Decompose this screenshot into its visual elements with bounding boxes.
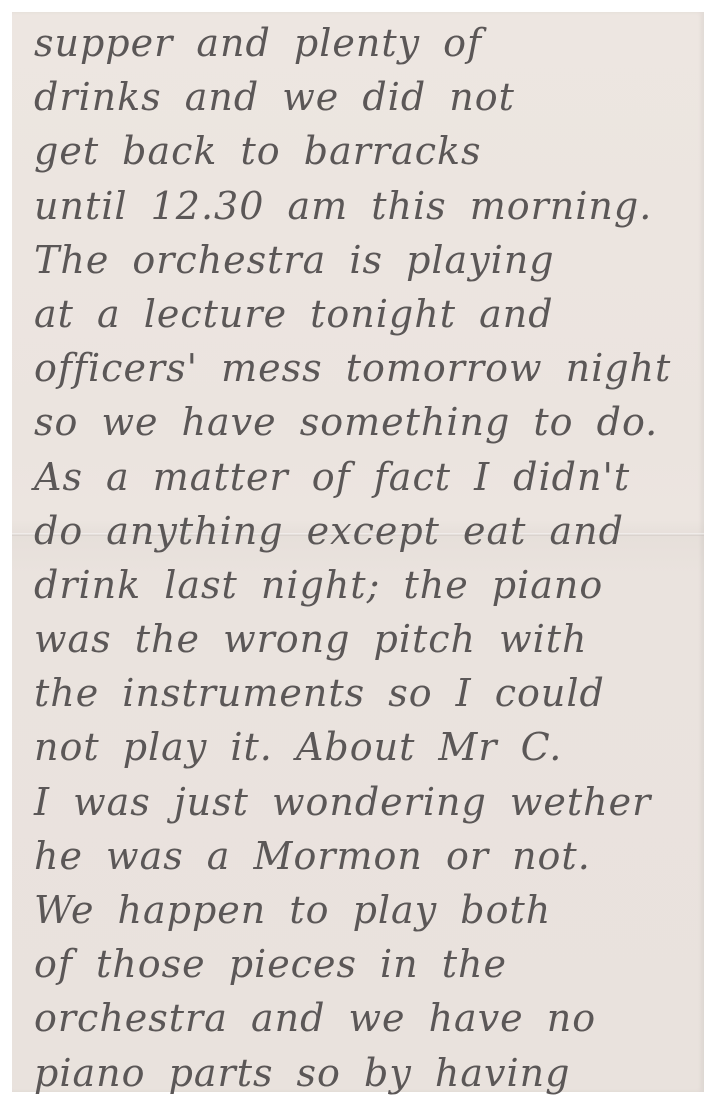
text-line: so we have something to do.: [34, 395, 694, 449]
text-line: not play it. About Mr C.: [34, 720, 694, 774]
handwritten-text: supper and plenty of drinks and we did n…: [34, 16, 694, 1100]
text-line: the instruments so I could: [34, 666, 694, 720]
text-line: of those pieces in the: [34, 937, 694, 991]
text-line: get back to barracks: [34, 124, 694, 178]
text-line: drink last night; the piano: [34, 558, 694, 612]
text-line: We happen to play both: [34, 883, 694, 937]
text-line: at a lecture tonight and: [34, 287, 694, 341]
text-line: As a matter of fact I didn't: [34, 450, 694, 504]
text-line: officers' mess tomorrow night: [34, 341, 694, 395]
text-line: until 12.30 am this morning.: [34, 179, 694, 233]
letter-page: supper and plenty of drinks and we did n…: [12, 12, 704, 1092]
text-line: was the wrong pitch with: [34, 612, 694, 666]
text-line: do anything except eat and: [34, 504, 694, 558]
text-line: The orchestra is playing: [34, 233, 694, 287]
text-line: drinks and we did not: [34, 70, 694, 124]
text-line: orchestra and we have no: [34, 991, 694, 1045]
text-line: I was just wondering wether: [34, 775, 694, 829]
text-line: supper and plenty of: [34, 16, 694, 70]
text-line: piano parts so by having: [34, 1046, 694, 1100]
text-line: he was a Mormon or not.: [34, 829, 694, 883]
